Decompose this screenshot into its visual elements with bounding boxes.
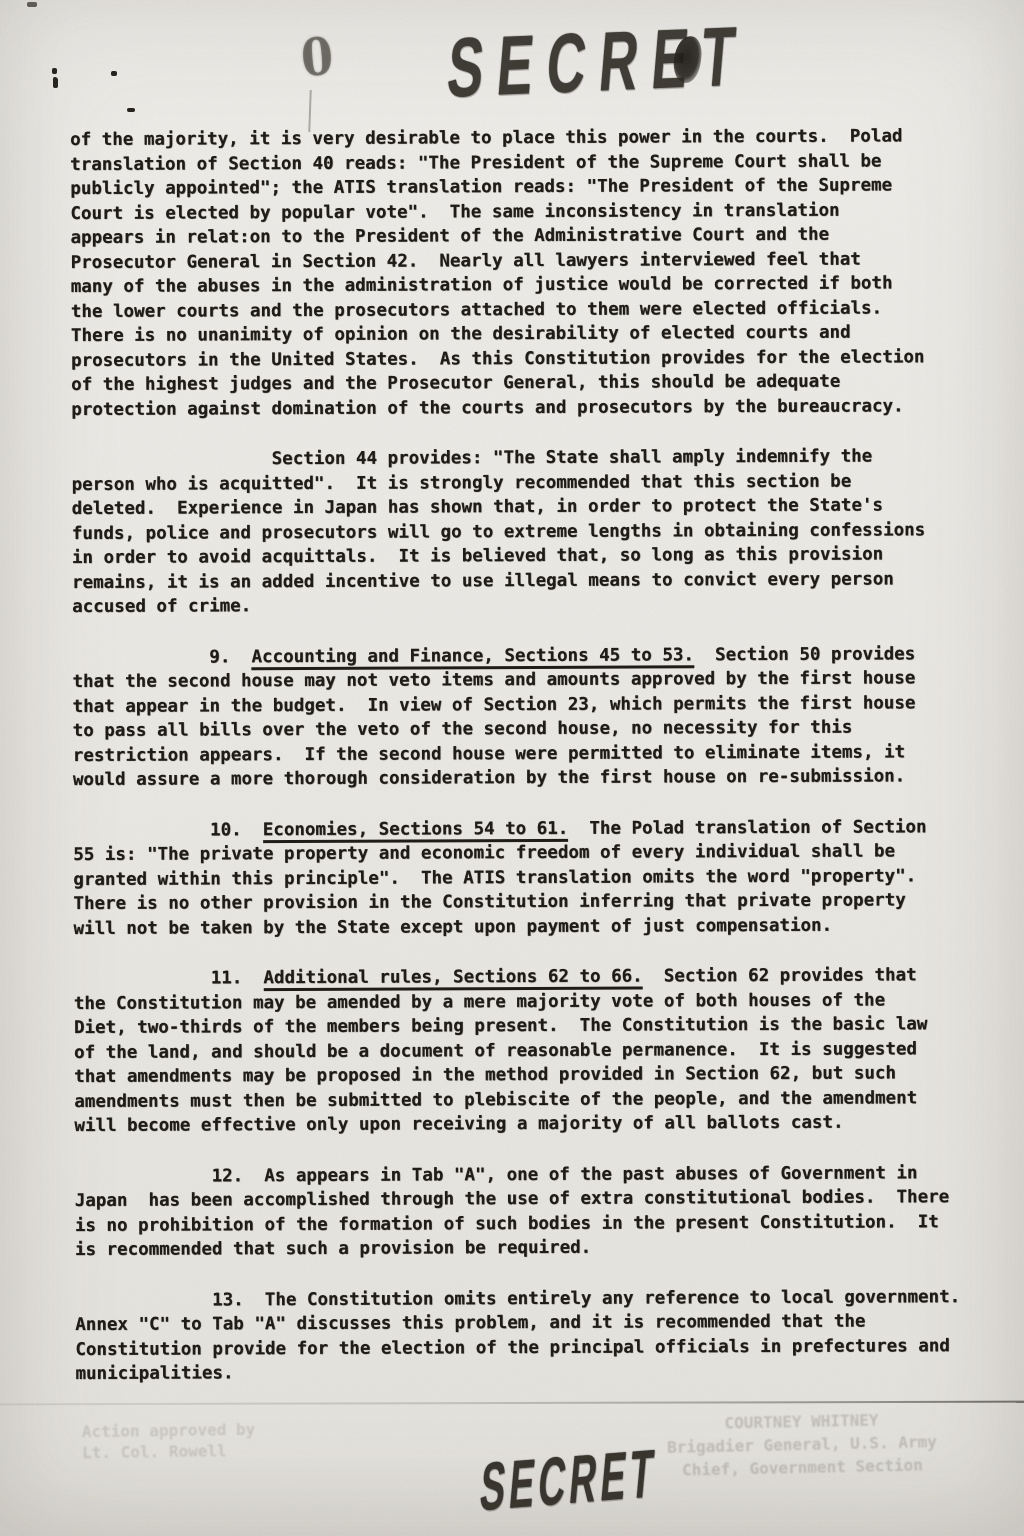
text-run: accused of crime. — [72, 596, 251, 617]
text-line: accused of crime. — [72, 591, 972, 619]
text-run: in order to avoid acquittals. It is beli… — [72, 544, 883, 568]
text-run: that the second house may not veto items… — [72, 668, 915, 692]
text-line: 11. Additional rules, Sections 62 to 66.… — [74, 963, 974, 991]
paragraph: Section 44 provides: "The State shall am… — [71, 444, 972, 619]
text-line: protection against domination of the cou… — [71, 394, 971, 422]
text-line: Constitution provide for the election of… — [75, 1334, 975, 1362]
text-run: Section 50 provides — [694, 644, 915, 665]
underlined-heading: Accounting and Finance, Sections 45 to 5… — [251, 645, 694, 670]
text-run: 13. The Constitution omits entirely any … — [75, 1287, 960, 1311]
text-run: appears in relat:on to the President of … — [70, 225, 829, 248]
text-line: deleted. Experience in Japan has shown t… — [72, 493, 972, 521]
ink-speck — [111, 71, 117, 76]
text-run: is no prohibition of the formation of su… — [75, 1212, 939, 1236]
faded-text-line: Chief, Government Section — [662, 1453, 942, 1482]
text-run: of the highest judges and the Prosecutor… — [71, 372, 840, 395]
text-run: the Constitution may be amended by a mer… — [74, 990, 885, 1014]
ink-speck — [53, 77, 58, 88]
text-line: Annex "C" to Tab "A" discusses this prob… — [75, 1309, 975, 1337]
text-run: 55 is: "The private property and economi… — [73, 841, 895, 865]
ink-speck — [52, 68, 57, 74]
text-run: person who is acquitted". It is strongly… — [72, 471, 852, 494]
text-run: Japan has been accomplished through the … — [75, 1187, 950, 1211]
text-run: of the majority, it is very desirable to… — [70, 126, 902, 150]
faded-approval-text: Action approved byLt. Col. Rowell — [82, 1419, 256, 1463]
paragraph: 11. Additional rules, Sections 62 to 66.… — [74, 963, 975, 1138]
text-line: There is no other provision in the Const… — [73, 888, 973, 916]
text-line: municipalities. — [75, 1358, 975, 1386]
text-run: to pass all bills over the veto of the s… — [73, 718, 853, 741]
text-run: 9. — [72, 647, 251, 668]
text-line: Section 44 provides: "The State shall am… — [71, 444, 971, 472]
text-line: to pass all bills over the veto of the s… — [73, 715, 973, 743]
text-line: Diet, two-thirds of the members being pr… — [74, 1012, 974, 1040]
text-run: There is no other provision in the Const… — [73, 890, 905, 914]
text-line: many of the abuses in the administration… — [71, 271, 971, 299]
text-run: that amendments may be proposed in the m… — [74, 1063, 896, 1087]
document-text-block: of the majority, it is very desirable to… — [70, 124, 976, 1412]
text-run: funds, police and prosecutors will go to… — [72, 520, 926, 544]
text-line: of the highest judges and the Prosecutor… — [71, 369, 971, 397]
text-line: remains, it is an added incentive to use… — [72, 567, 972, 595]
text-line: will not be taken by the State except up… — [73, 913, 973, 941]
text-line: would assure a more thorough considerati… — [73, 764, 973, 792]
circled-zero-mark: 0 — [299, 25, 336, 88]
paragraph: 12. As appears in Tab "A", one of the pa… — [75, 1161, 975, 1263]
text-line: that the second house may not veto items… — [72, 666, 972, 694]
text-run: that appear in the budget. In view of Se… — [72, 693, 915, 717]
text-line: in order to avoid acquittals. It is beli… — [72, 542, 972, 570]
text-run: Prosecutor General in Section 42. Nearly… — [71, 249, 861, 272]
text-run: Constitution provide for the election of… — [75, 1336, 950, 1360]
text-line: that amendments may be proposed in the m… — [74, 1061, 974, 1089]
text-run: publicly appointed"; the ATIS translatio… — [70, 175, 892, 199]
text-run: many of the abuses in the administration… — [71, 273, 893, 297]
ink-speck — [127, 108, 135, 112]
text-run: 11. — [74, 968, 264, 989]
text-run: translation of Section 40 reads: "The Pr… — [70, 151, 881, 175]
text-line: There is no unanimity of opinion on the … — [71, 320, 971, 348]
faded-signature-block: COURTNEY WHITNEYBrigadier General, U.S. … — [661, 1407, 942, 1482]
paragraph: 13. The Constitution omits entirely any … — [75, 1285, 975, 1387]
text-line: 55 is: "The private property and economi… — [73, 839, 973, 867]
text-run: deleted. Experience in Japan has shown t… — [72, 495, 883, 519]
underlined-heading: Additional rules, Sections 62 to 66. — [263, 967, 642, 992]
text-run: granted within this principle". The ATIS… — [73, 866, 916, 890]
text-run: Court is elected by popular vote". The s… — [70, 200, 839, 223]
paragraph: of the majority, it is very desirable to… — [70, 124, 971, 422]
text-run: will become effective only upon receivin… — [74, 1113, 843, 1136]
text-line: Japan has been accomplished through the … — [75, 1185, 975, 1213]
text-run: protection against domination of the cou… — [71, 396, 903, 420]
text-run: Section 44 provides: "The State shall am… — [71, 447, 872, 470]
text-run: Diet, two-thirds of the members being pr… — [74, 1014, 928, 1038]
text-run: amendments must then be submitted to ple… — [74, 1088, 917, 1112]
ink-speck — [27, 2, 37, 7]
document-page: SECRET 0 of the majority, it is very des… — [0, 0, 1024, 1536]
secret-stamp-top: SECRET — [444, 8, 753, 117]
text-line: is no prohibition of the formation of su… — [75, 1210, 975, 1238]
text-line: is recommended that such a provision be … — [75, 1234, 975, 1262]
faded-text-line: Lt. Col. Rowell — [82, 1440, 256, 1463]
text-run: restriction appears. If the second house… — [73, 742, 905, 766]
pencil-line — [308, 90, 311, 132]
text-run: There is no unanimity of opinion on the … — [71, 323, 851, 346]
text-run: will not be taken by the State except up… — [73, 915, 832, 938]
text-line: of the majority, it is very desirable to… — [70, 124, 970, 152]
paragraph: 10. Economies, Sections 54 to 61. The Po… — [73, 815, 974, 941]
text-line: Court is elected by popular vote". The s… — [70, 198, 970, 226]
text-line: publicly appointed"; the ATIS translatio… — [70, 173, 970, 201]
text-run: remains, it is an added incentive to use… — [72, 569, 894, 593]
faded-text-line: Action approved by — [82, 1419, 256, 1442]
text-run: the lower courts and the prosecutors att… — [71, 298, 882, 322]
text-run: municipalities. — [75, 1363, 233, 1384]
text-run: Annex "C" to Tab "A" discusses this prob… — [75, 1312, 865, 1335]
paragraph: 9. Accounting and Finance, Sections 45 t… — [72, 642, 973, 793]
text-run: of the land, and should be a document of… — [74, 1039, 917, 1063]
text-run: would assure a more thorough considerati… — [73, 766, 905, 790]
text-run: 12. As appears in Tab "A", one of the pa… — [75, 1163, 918, 1187]
text-run: prosecutors in the United States. As thi… — [71, 347, 925, 371]
secret-stamp-bottom: SECRET — [477, 1436, 661, 1528]
text-line: will become effective only upon receivin… — [74, 1110, 974, 1138]
underlined-heading: Economies, Sections 54 to 61. — [263, 818, 569, 842]
text-run: is recommended that such a provision be … — [75, 1238, 591, 1260]
text-run: The Polad translation of Section — [568, 817, 926, 839]
text-run: Section 62 provides that — [643, 965, 917, 986]
text-run: 10. — [73, 820, 263, 841]
